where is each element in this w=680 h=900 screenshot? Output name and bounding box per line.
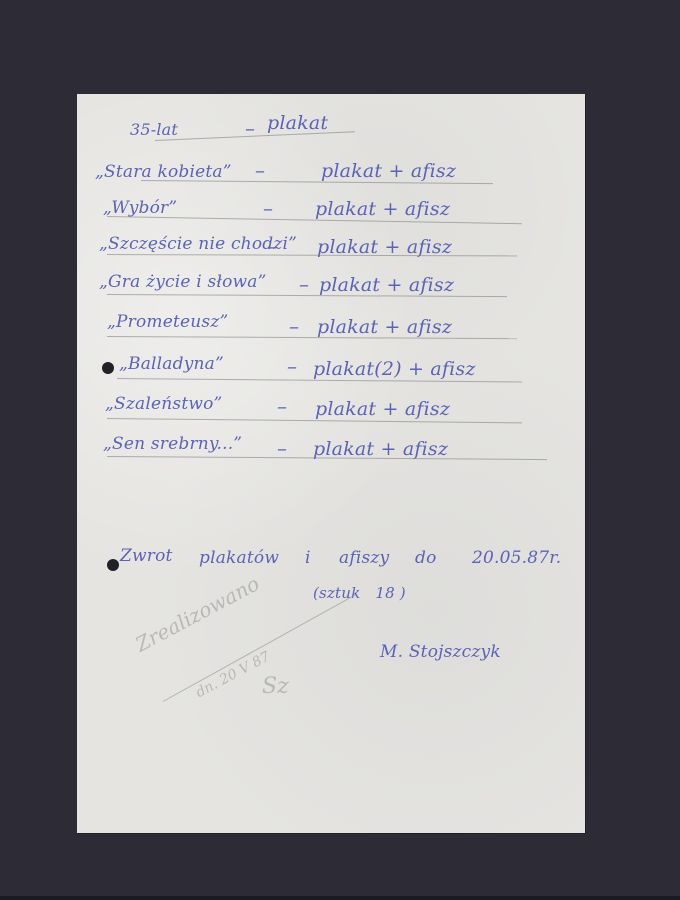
paper-sheet: 35-lat – plakat „Stara kobieta” – plakat… bbox=[77, 94, 585, 833]
instruction-word: i bbox=[305, 548, 311, 568]
pencil-note-date: dn. 20 V 87 bbox=[193, 649, 272, 701]
instruction-date: 20.05.87r. bbox=[472, 548, 561, 568]
instruction-line: Zwrot plakatów i afiszy do 20.05.87r. bbox=[77, 546, 585, 586]
entry-title: „Szaleństwo” bbox=[105, 394, 222, 414]
scanner-background-edge bbox=[0, 896, 680, 900]
entry-row: „Szczęście nie chodzi” – plakat + afisz bbox=[77, 236, 585, 270]
header-row: 35-lat – plakat bbox=[77, 116, 585, 150]
entry-row: „Wybór” – plakat + afisz bbox=[77, 198, 585, 232]
instruction-word: do bbox=[415, 548, 437, 568]
entry-dash: – bbox=[255, 158, 265, 182]
entry-dash: – bbox=[287, 354, 297, 378]
header-items: plakat bbox=[267, 112, 328, 134]
strikethrough-line bbox=[107, 336, 517, 339]
entry-row: „Stara kobieta” – plakat + afisz bbox=[77, 160, 585, 194]
entry-items: plakat + afisz bbox=[321, 160, 456, 182]
entry-title: „Wybór” bbox=[103, 198, 177, 218]
entry-title: „Stara kobieta” bbox=[95, 162, 232, 182]
entry-dash: – bbox=[299, 272, 309, 296]
entry-items: plakat + afisz bbox=[319, 274, 454, 296]
entry-title: „Balladyna” bbox=[119, 354, 224, 374]
entry-title: „Sen srebrny...” bbox=[103, 434, 242, 454]
entry-items: plakat + afisz bbox=[317, 316, 452, 338]
entry-dash: – bbox=[289, 314, 299, 338]
entry-row: „Balladyna” – plakat(2) + afisz bbox=[77, 356, 585, 390]
entry-items: plakat + afisz bbox=[315, 198, 450, 220]
entry-title: „Prometeusz” bbox=[107, 312, 228, 332]
entry-row: „Szaleństwo” – plakat + afisz bbox=[77, 396, 585, 430]
entry-dash: – bbox=[277, 394, 287, 418]
entry-title: „Gra życie i słowa” bbox=[99, 272, 267, 292]
pencil-note-initials: Sz bbox=[262, 674, 289, 699]
instruction-quantity: (sztuk 18 ) bbox=[313, 584, 406, 602]
entry-row: „Sen srebrny...” – plakat + afisz bbox=[77, 436, 585, 470]
instruction-word: Zwrot bbox=[120, 546, 173, 566]
instruction-word: plakatów bbox=[199, 548, 279, 568]
entry-items: plakat(2) + afisz bbox=[313, 358, 476, 380]
entry-row: „Prometeusz” – plakat + afisz bbox=[77, 316, 585, 350]
entry-dash: – bbox=[263, 196, 273, 220]
header-title: 35-lat bbox=[130, 120, 178, 139]
strikethrough-line bbox=[107, 254, 517, 256]
instruction-word: afiszy bbox=[339, 548, 389, 568]
entry-row: „Gra życie i słowa” – plakat + afisz bbox=[77, 274, 585, 308]
entry-items: plakat + afisz bbox=[315, 398, 450, 420]
signature: M. Stojszczyk bbox=[380, 642, 501, 662]
